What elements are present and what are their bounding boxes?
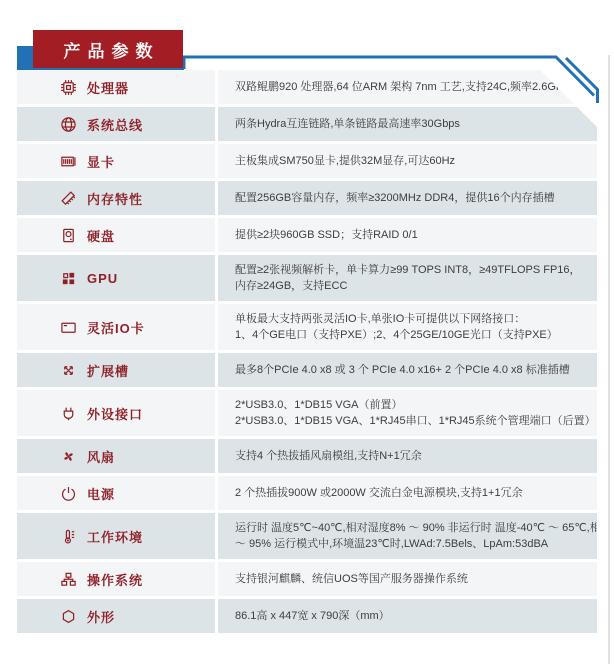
spec-label: 硬盘 [87, 226, 115, 245]
spec-value-cell: 配置≥2张视频解析卡，单卡算力≥99 TOPS INT8，≥49TFLOPS F… [218, 255, 597, 301]
spec-value-cell: 86.1高 x 447宽 x 790深（mm） [218, 599, 597, 633]
spec-row: 灵活IO卡 单板最大支持两张灵活IO卡,单张IO卡可提供以下网络接口：1、4个G… [17, 304, 597, 350]
spec-value-line: 配置≥2张视频解析卡，单卡算力≥99 TOPS INT8，≥49TFLOPS F… [235, 262, 591, 278]
spec-row: 显卡 主板集成SM750显卡,提供32M显存,可达60Hz [17, 144, 597, 178]
system-bus-icon [60, 116, 77, 133]
spec-label-cell: 内存特性 [17, 181, 215, 215]
spec-label: 系统总线 [87, 115, 143, 134]
spec-value-line: 2 个热插拔900W 或2000W 交流白金电源模块,支持1+1冗余 [235, 485, 591, 501]
io-card-icon [60, 319, 77, 336]
os-icon [60, 571, 77, 588]
spec-value-line: 2*USB3.0、1*DB15 VGA（前置） [235, 397, 596, 413]
spec-label-cell: 外形 [17, 599, 215, 633]
spec-label-cell: 工作环境 [17, 513, 215, 559]
spec-label: 工作环境 [87, 527, 143, 546]
spec-row: 处理器 双路鲲鹏920 处理器,64 位ARM 架构 7nm 工艺,支持24C,… [17, 70, 597, 104]
cpu-icon [60, 79, 77, 96]
spec-value-line: 2*USB3.0、1*DB15 VGA、1*RJ45串口、1*RJ45系统个管理… [235, 413, 596, 429]
spec-value-cell: 最多8个PCIe 4.0 x8 或 3 个 PCIe 4.0 x16+ 2 个P… [218, 353, 597, 387]
spec-row: 风扇 支持4 个热拔插风扇模组,支持N+1冗余 [17, 439, 597, 473]
spec-label-cell: 显卡 [17, 144, 215, 178]
spec-value-cell: 两条Hydra互连链路,单条链路最高速率30Gbps [218, 107, 597, 141]
spec-label-cell: 操作系统 [17, 562, 215, 596]
spec-row: 扩展槽 最多8个PCIe 4.0 x8 或 3 个 PCIe 4.0 x16+ … [17, 353, 597, 387]
spec-row: 操作系统 支持银河麒麟、统信UOS等国产服务器操作系统 [17, 562, 597, 596]
spec-label: GPU [87, 271, 118, 286]
spec-label: 外形 [87, 607, 115, 626]
spec-label-cell: 风扇 [17, 439, 215, 473]
expansion-slot-icon [60, 362, 77, 379]
spec-value-cell: 双路鲲鹏920 处理器,64 位ARM 架构 7nm 工艺,支持24C,频率2.… [218, 70, 597, 104]
section-title-badge: 产品参数 [33, 30, 183, 68]
peripheral-port-icon [60, 405, 77, 422]
spec-label: 灵活IO卡 [87, 318, 145, 337]
spec-value-line: 86.1高 x 447宽 x 790深（mm） [235, 608, 591, 624]
spec-row: 工作环境 运行时 温度5℃~40℃,相对湿度8% ～ 90% 非运行时 温度-4… [17, 513, 597, 559]
spec-value-cell: 2*USB3.0、1*DB15 VGA（前置）2*USB3.0、1*DB15 V… [218, 390, 602, 436]
spec-value-line: 主板集成SM750显卡,提供32M显存,可达60Hz [235, 153, 591, 169]
spec-label: 内存特性 [87, 189, 143, 208]
spec-label: 风扇 [87, 447, 115, 466]
spec-value-line: 支持银河麒麟、统信UOS等国产服务器操作系统 [235, 571, 591, 587]
harddisk-icon [60, 227, 77, 244]
spec-label: 处理器 [87, 78, 129, 97]
spec-value-line: 最多8个PCIe 4.0 x8 或 3 个 PCIe 4.0 x16+ 2 个P… [235, 362, 591, 378]
spec-label-cell: 灵活IO卡 [17, 304, 215, 350]
spec-value-cell: 支持4 个热拔插风扇模组,支持N+1冗余 [218, 439, 597, 473]
section-title: 产品参数 [57, 37, 160, 62]
spec-table: 处理器 双路鲲鹏920 处理器,64 位ARM 架构 7nm 工艺,支持24C,… [17, 70, 597, 636]
spec-label-cell: 系统总线 [17, 107, 215, 141]
spec-row: 系统总线 两条Hydra互连链路,单条链路最高速率30Gbps [17, 107, 597, 141]
shape-icon [60, 608, 77, 625]
spec-label: 显卡 [87, 152, 115, 171]
fan-icon [60, 448, 77, 465]
memory-icon [60, 190, 77, 207]
spec-row: 外形 86.1高 x 447宽 x 790深（mm） [17, 599, 597, 633]
spec-label: 外设接口 [87, 404, 143, 423]
power-icon [60, 485, 77, 502]
product-spec-page: { "page": { "title_badge": "产品参数" }, "co… [0, 0, 614, 664]
spec-value-line: 运行时 温度5℃~40℃,相对湿度8% ～ 90% 非运行时 温度-40℃ ～ … [235, 520, 614, 536]
environment-icon [60, 528, 77, 545]
spec-value-cell: 2 个热插拔900W 或2000W 交流白金电源模块,支持1+1冗余 [218, 476, 597, 510]
spec-value-line: 1、4个GE电口（支持PXE）;2、4个25GE/10GE光口（支持PXE） [235, 327, 591, 343]
spec-label-cell: 电源 [17, 476, 215, 510]
spec-label-cell: 扩展槽 [17, 353, 215, 387]
spec-label: 电源 [87, 484, 115, 503]
spec-value-line: ～ 95% 运行模式中,环境温23℃时,LWAd:7.5Bels、LpAm:53… [235, 536, 614, 552]
spec-row: 硬盘 提供≥2块960GB SSD；支持RAID 0/1 [17, 218, 597, 252]
spec-value-cell: 主板集成SM750显卡,提供32M显存,可达60Hz [218, 144, 597, 178]
spec-label: 操作系统 [87, 570, 143, 589]
spec-value-line: 提供≥2块960GB SSD；支持RAID 0/1 [235, 227, 591, 243]
spec-label: 扩展槽 [87, 361, 129, 380]
spec-value-cell: 单板最大支持两张灵活IO卡,单张IO卡可提供以下网络接口：1、4个GE电口（支持… [218, 304, 597, 350]
spec-row: 电源 2 个热插拔900W 或2000W 交流白金电源模块,支持1+1冗余 [17, 476, 597, 510]
spec-value-line: 配置256GB容量内存，频率≥3200MHz DDR4，提供16个内存插槽 [235, 190, 591, 206]
spec-value-line: 双路鲲鹏920 处理器,64 位ARM 架构 7nm 工艺,支持24C,频率2.… [235, 79, 591, 95]
page-edge-line [608, 55, 610, 664]
graphics-card-icon [60, 153, 77, 170]
spec-value-cell: 运行时 温度5℃~40℃,相对湿度8% ～ 90% 非运行时 温度-40℃ ～ … [218, 513, 614, 559]
spec-value-line: 内存≥24GB，支持ECC [235, 278, 591, 294]
spec-row: GPU 配置≥2张视频解析卡，单卡算力≥99 TOPS INT8，≥49TFLO… [17, 255, 597, 301]
spec-label-cell: 处理器 [17, 70, 215, 104]
spec-label-cell: 硬盘 [17, 218, 215, 252]
spec-value-line: 两条Hydra互连链路,单条链路最高速率30Gbps [235, 116, 591, 132]
spec-row: 外设接口 2*USB3.0、1*DB15 VGA（前置）2*USB3.0、1*D… [17, 390, 597, 436]
spec-label-cell: 外设接口 [17, 390, 215, 436]
gpu-icon [60, 270, 77, 287]
spec-value-line: 单板最大支持两张灵活IO卡,单张IO卡可提供以下网络接口： [235, 311, 591, 327]
spec-value-cell: 提供≥2块960GB SSD；支持RAID 0/1 [218, 218, 597, 252]
spec-value-line: 支持4 个热拔插风扇模组,支持N+1冗余 [235, 448, 591, 464]
spec-row: 内存特性 配置256GB容量内存，频率≥3200MHz DDR4，提供16个内存… [17, 181, 597, 215]
spec-value-cell: 配置256GB容量内存，频率≥3200MHz DDR4，提供16个内存插槽 [218, 181, 597, 215]
spec-label-cell: GPU [17, 255, 215, 301]
spec-value-cell: 支持银河麒麟、统信UOS等国产服务器操作系统 [218, 562, 597, 596]
